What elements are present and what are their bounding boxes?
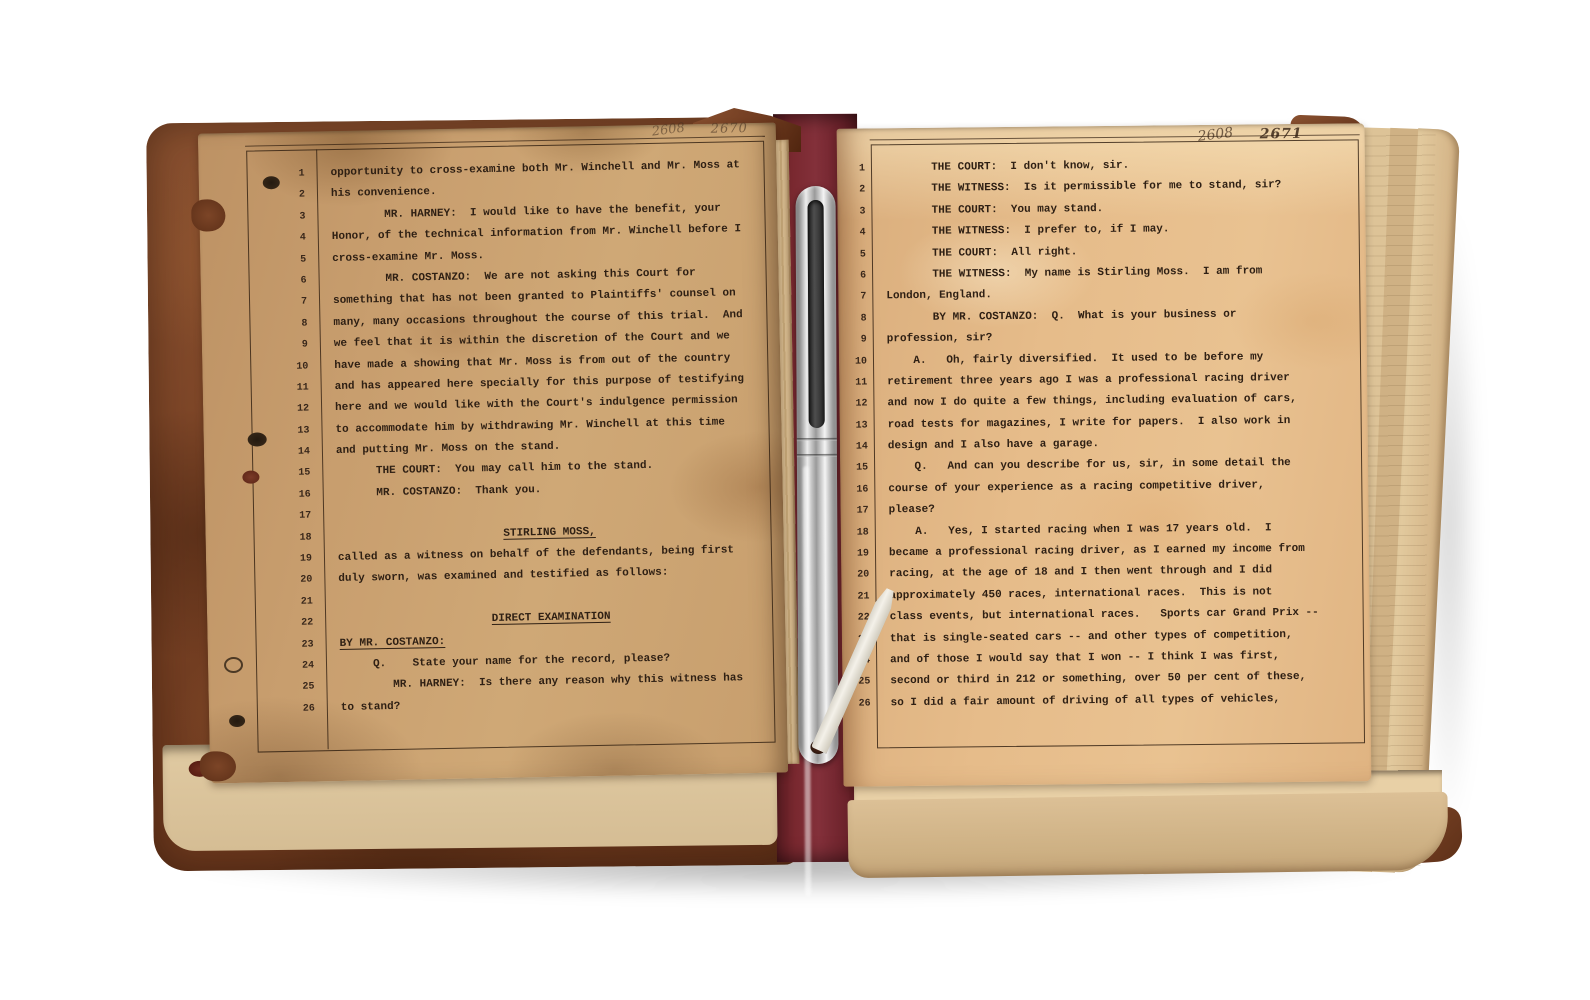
punch-hole: [229, 715, 245, 727]
line-number: 21: [265, 591, 313, 613]
line-number: 22: [265, 613, 313, 635]
line-number: 18: [843, 522, 869, 544]
line-number: 1: [839, 158, 865, 180]
line-number: 8: [840, 308, 866, 330]
line-number: 20: [843, 565, 869, 587]
line-number: 3: [257, 206, 305, 228]
line-number: 12: [261, 399, 309, 421]
line-number: 17: [263, 506, 311, 528]
line-number: 11: [841, 372, 867, 394]
line-number: 4: [840, 223, 866, 245]
transcript-line: THE WITNESS: Is it permissible for me to…: [885, 175, 1325, 201]
photo-canvas: 26082670 1234567891011121314151617181920…: [0, 0, 1590, 1000]
transcript-text-column: opportunity to cross-examine both Mr. Wi…: [330, 155, 765, 719]
line-number: 14: [262, 442, 310, 464]
line-number: 10: [841, 351, 867, 373]
line-number: 16: [842, 479, 868, 501]
line-number: 7: [840, 287, 866, 309]
line-number: 16: [263, 484, 311, 506]
page-edge: [847, 792, 1448, 878]
line-number: 3: [839, 201, 865, 223]
line-number: 9: [841, 330, 867, 352]
line-number: 11: [261, 377, 309, 399]
line-number: 6: [840, 265, 866, 287]
line-number: 25: [266, 677, 314, 699]
line-number: 2: [257, 185, 305, 207]
torn-punch-hole: [191, 199, 226, 232]
line-number: 19: [264, 549, 312, 571]
transcript-page-right: 26082671 1234567891011121314151617181920…: [837, 123, 1372, 786]
metal-binder-clamp: [795, 186, 838, 764]
line-number: 5: [258, 249, 306, 271]
line-number: 23: [265, 634, 313, 656]
line-number: 8: [259, 313, 307, 335]
page-number: 2670: [711, 121, 748, 137]
transcript-text-column: THE COURT: I don't know, sir. THE WITNES…: [885, 154, 1331, 715]
clamp-highlight: [803, 466, 811, 896]
line-number: 7: [259, 292, 307, 314]
line-number: 24: [266, 655, 314, 677]
line-number: 5: [840, 244, 866, 266]
line-number: 6: [258, 271, 306, 293]
line-number: 26: [267, 698, 315, 720]
line-number: 9: [260, 335, 308, 357]
line-number: 17: [842, 501, 868, 523]
line-number: 2: [839, 180, 865, 202]
transcript-page-left: 26082670 1234567891011121314151617181920…: [198, 123, 788, 784]
line-number: 20: [264, 570, 312, 592]
line-number: 19: [843, 543, 869, 565]
clamp-slot: [808, 200, 825, 428]
line-number: 14: [842, 437, 868, 459]
page-stack-bottom-edge: [848, 772, 1448, 876]
line-number: 15: [262, 463, 310, 485]
clamp-seam: [797, 438, 837, 441]
line-number: 10: [260, 356, 308, 378]
line-number: 13: [842, 415, 868, 437]
line-number: 18: [263, 527, 311, 549]
clamp-seam: [797, 454, 837, 457]
line-number: 12: [841, 394, 867, 416]
torn-punch-hole: [200, 751, 237, 782]
punch-hole-outline: [224, 657, 243, 673]
line-number: 21: [843, 586, 869, 608]
line-number: 15: [842, 458, 868, 480]
line-number: 4: [258, 228, 306, 250]
line-number: 13: [261, 420, 309, 442]
